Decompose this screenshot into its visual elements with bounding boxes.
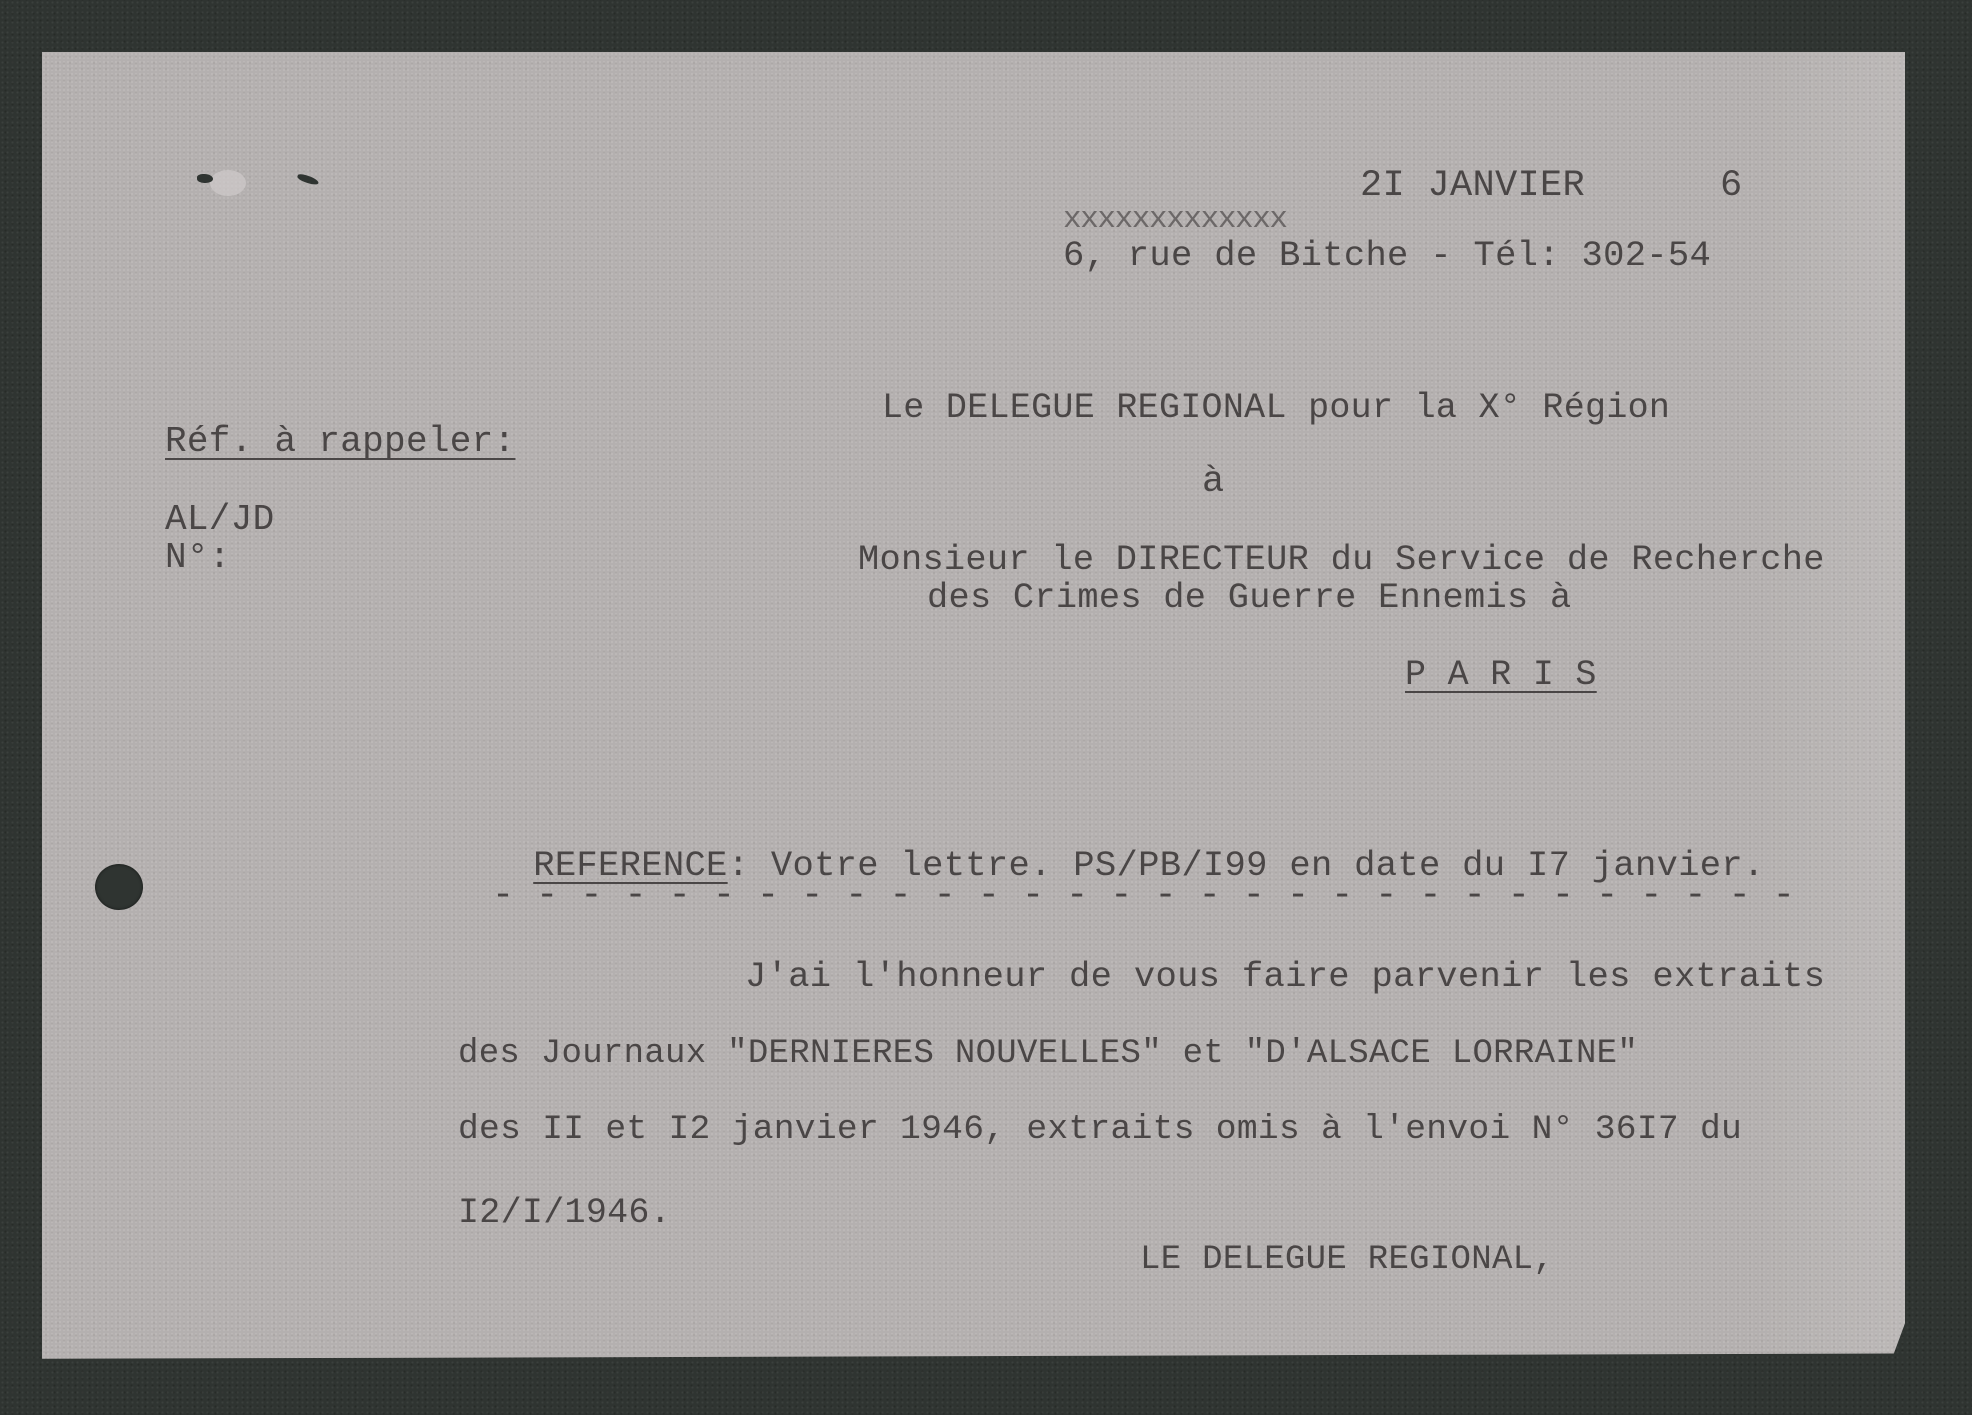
recipient-city: P A R I S (1405, 655, 1597, 695)
separator-dashes: - - - - - - - - - - - - - - - - - - - - … (492, 876, 1795, 916)
to-word: à (1202, 462, 1225, 502)
recipient-line-1: Monsieur le DIRECTEUR du Service de Rech… (858, 540, 1825, 580)
sender-title: Le DELEGUE REGIONAL pour la X° Région (882, 388, 1670, 428)
staple-tear-halo (210, 170, 246, 196)
ref-code: AL/JD (165, 500, 275, 540)
letter-date: 2I JANVIER 6 (1360, 166, 1743, 206)
ref-label: Réf. à rappeler: (165, 422, 515, 462)
signature: LE DELEGUE REGIONAL, (1140, 1240, 1554, 1280)
recipient-line-2: des Crimes de Guerre Ennemis à (927, 578, 1571, 618)
punch-hole (95, 864, 143, 910)
body-line-4: I2/I/1946. (458, 1193, 671, 1233)
reference-line: REFERENCE: Votre lettre. PS/PB/I99 en da… (490, 806, 1765, 886)
staple-tear-left (197, 174, 213, 183)
struck-out-line: xxxxxxxxxxxxx (1063, 200, 1287, 240)
sender-address: 6, rue de Bitche - Tél: 302-54 (1063, 236, 1711, 276)
body-line-1: J'ai l'honneur de vous faire parvenir le… (745, 957, 1825, 997)
ref-number-label: N°: (165, 538, 231, 578)
body-line-3: des II et I2 janvier 1946, extraits omis… (458, 1110, 1742, 1150)
body-line-2: des Journaux "DERNIERES NOUVELLES" et "D… (458, 1034, 1638, 1074)
